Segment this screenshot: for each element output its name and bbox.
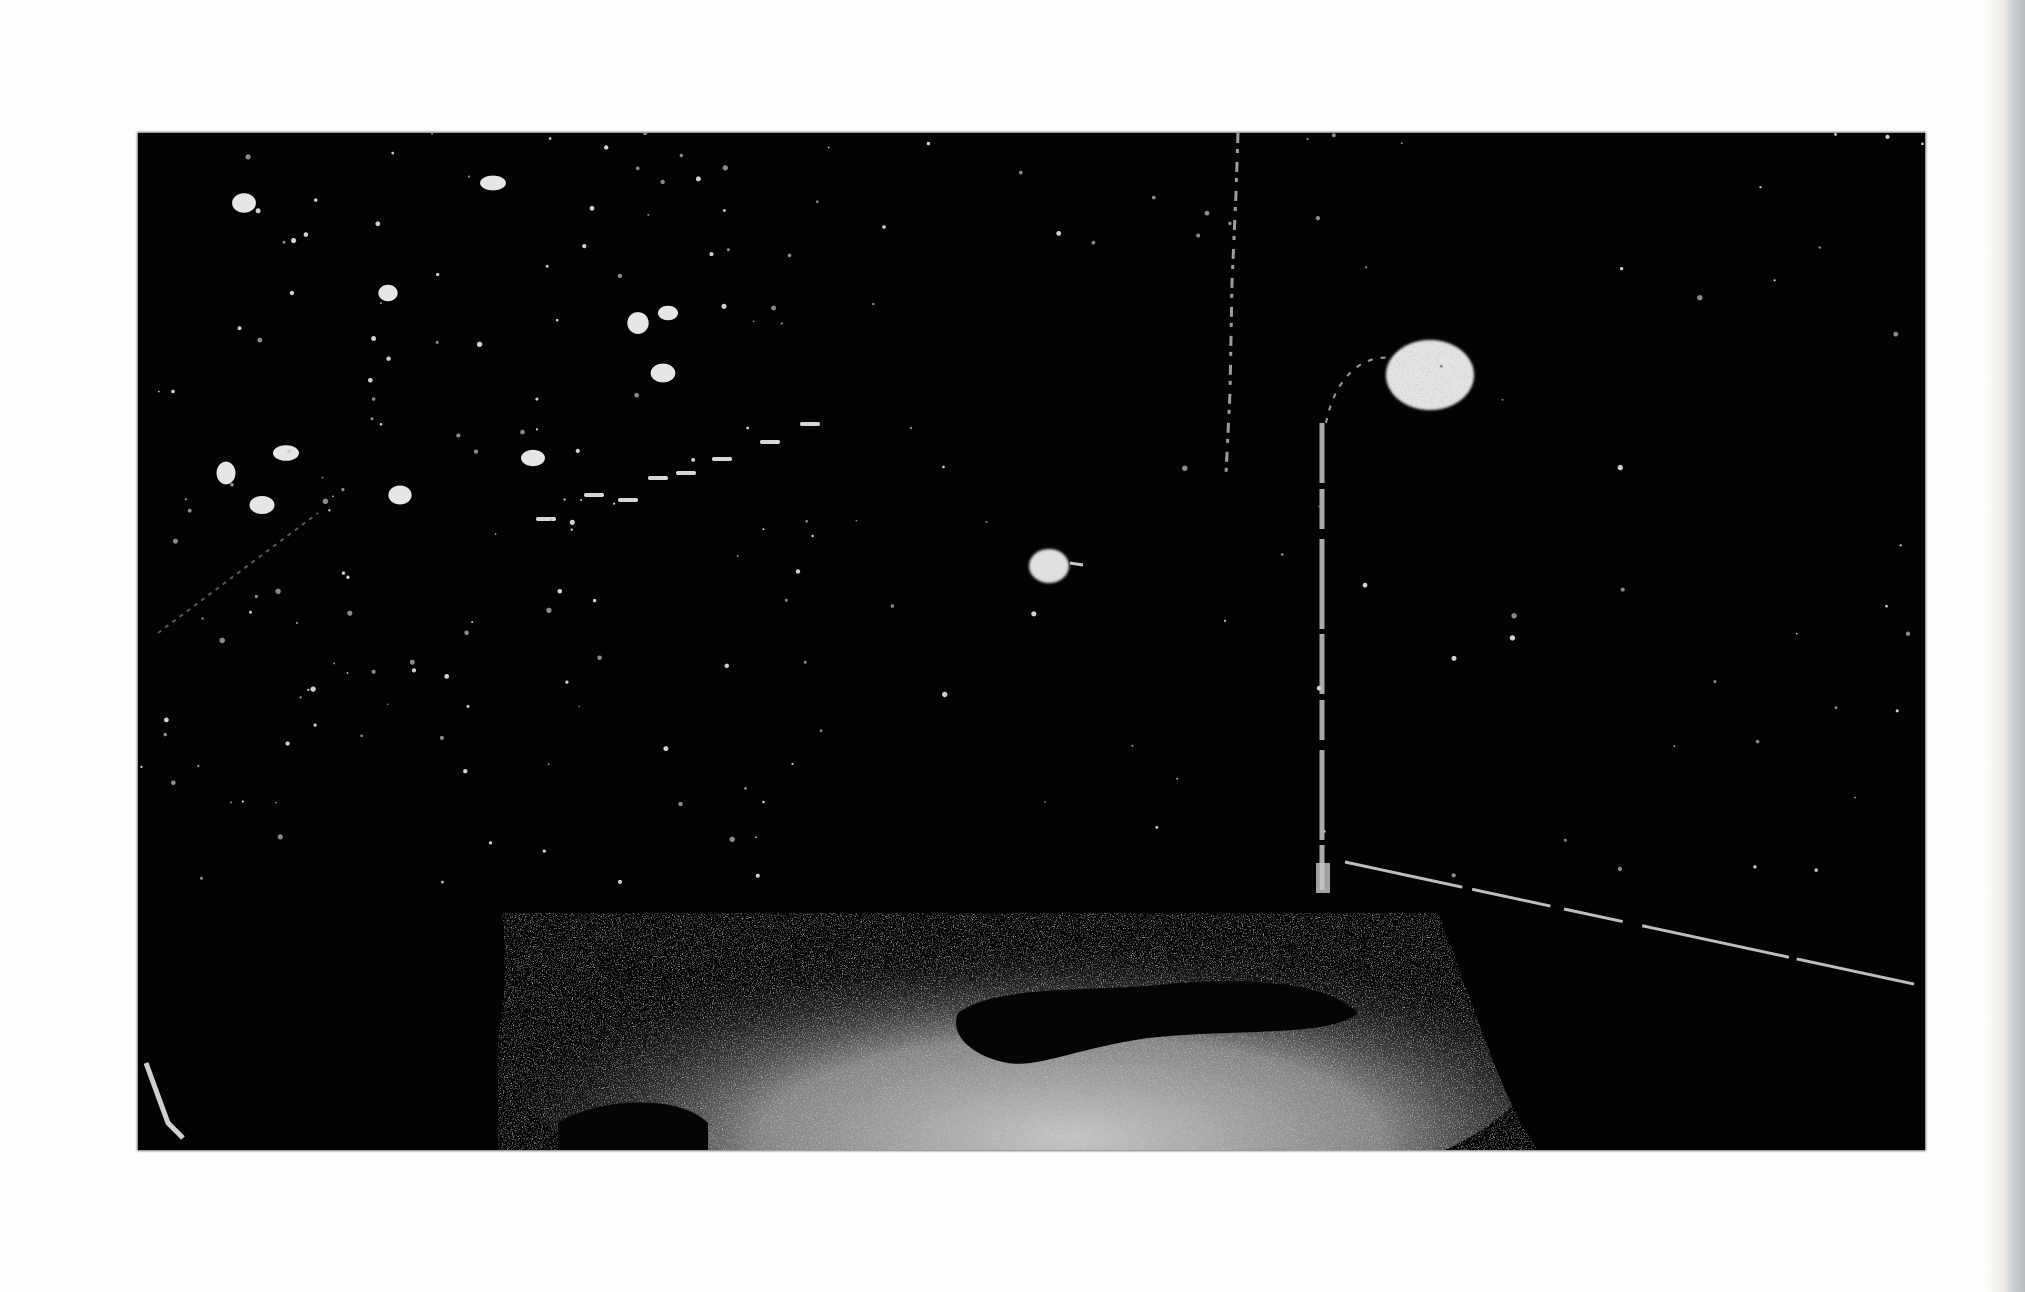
illuminated-ground [138,883,1925,1150]
scattered-light-speckles [140,133,1923,884]
lamp-post [1316,358,1408,893]
small-street-lamp [1029,549,1069,583]
page-binding-shadow [1985,0,2025,1292]
vertical-streak [1226,133,1238,473]
night-photograph [138,133,1925,1150]
photo-scene [138,133,1925,1150]
window-lights-row [536,422,820,521]
